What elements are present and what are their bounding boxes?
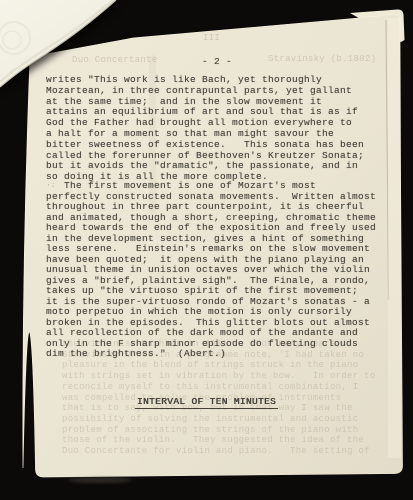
bleedthrough-text: those of the violin. They suggested the … xyxy=(62,435,364,445)
typed-line: all recollection of the dark mood of the… xyxy=(46,328,376,339)
bleedthrough-text: pleasure in the blend of strings struck … xyxy=(62,360,358,370)
bottom-shadow-smudge xyxy=(68,477,132,483)
typed-line: takes up "the virtuoso spirit of the fir… xyxy=(46,286,376,297)
typed-line: less serene. Einstein's remarks on the s… xyxy=(46,244,376,255)
typed-line: unusual theme in unision octaves over wh… xyxy=(46,265,376,276)
typed-line: throughout in three part counterpoint, i… xyxy=(46,202,376,213)
body-paragraph-2: The first movement is one of Mozart's mo… xyxy=(46,181,376,360)
ink-smudge: ·: xyxy=(46,181,56,190)
body-paragraph-1: writes "This work is like Bach, yet thor… xyxy=(46,75,364,183)
page-number: - 2 - xyxy=(177,56,257,67)
interval-heading-text: INTERVAL OF TEN MINUTES xyxy=(135,396,278,409)
bleedthrough-text: problem of associating the strings of th… xyxy=(62,425,358,435)
typed-line: moto perpetuo in which the motion is onl… xyxy=(46,307,376,318)
typed-line: dim the brightness." (Abert.) xyxy=(46,349,376,360)
typed-line: bitter sweetness of existence. This sona… xyxy=(46,140,364,151)
right-edge-light-strip xyxy=(388,18,401,458)
bleedthrough-text: Stravinsky (b.1882) xyxy=(268,54,376,64)
bleedthrough-text: with strings set in vibration by the bow… xyxy=(62,371,376,381)
photographed-booklet-page: IIIDuo ConcertanteStravinsky (b.1882) - … xyxy=(0,0,413,500)
typed-line: heard towards the end of the exposition … xyxy=(46,223,376,234)
typed-line: Mozartean, in three contrapuntal parts, … xyxy=(46,86,364,97)
bleedthrough-text: Duo Concertante for violin and piano. Th… xyxy=(62,446,370,456)
bleedthrough-text: Duo Concertante xyxy=(72,55,158,65)
typed-line: The first movement is one of Mozart's mo… xyxy=(46,181,376,192)
bleedthrough-text: III xyxy=(203,33,220,43)
bleedthrough-text: possibility of solving the instrumental … xyxy=(62,414,358,424)
bleedthrough-text: reconcile myself to this instrumental co… xyxy=(62,382,358,392)
interval-heading: INTERVAL OF TEN MINUTES xyxy=(0,396,413,407)
